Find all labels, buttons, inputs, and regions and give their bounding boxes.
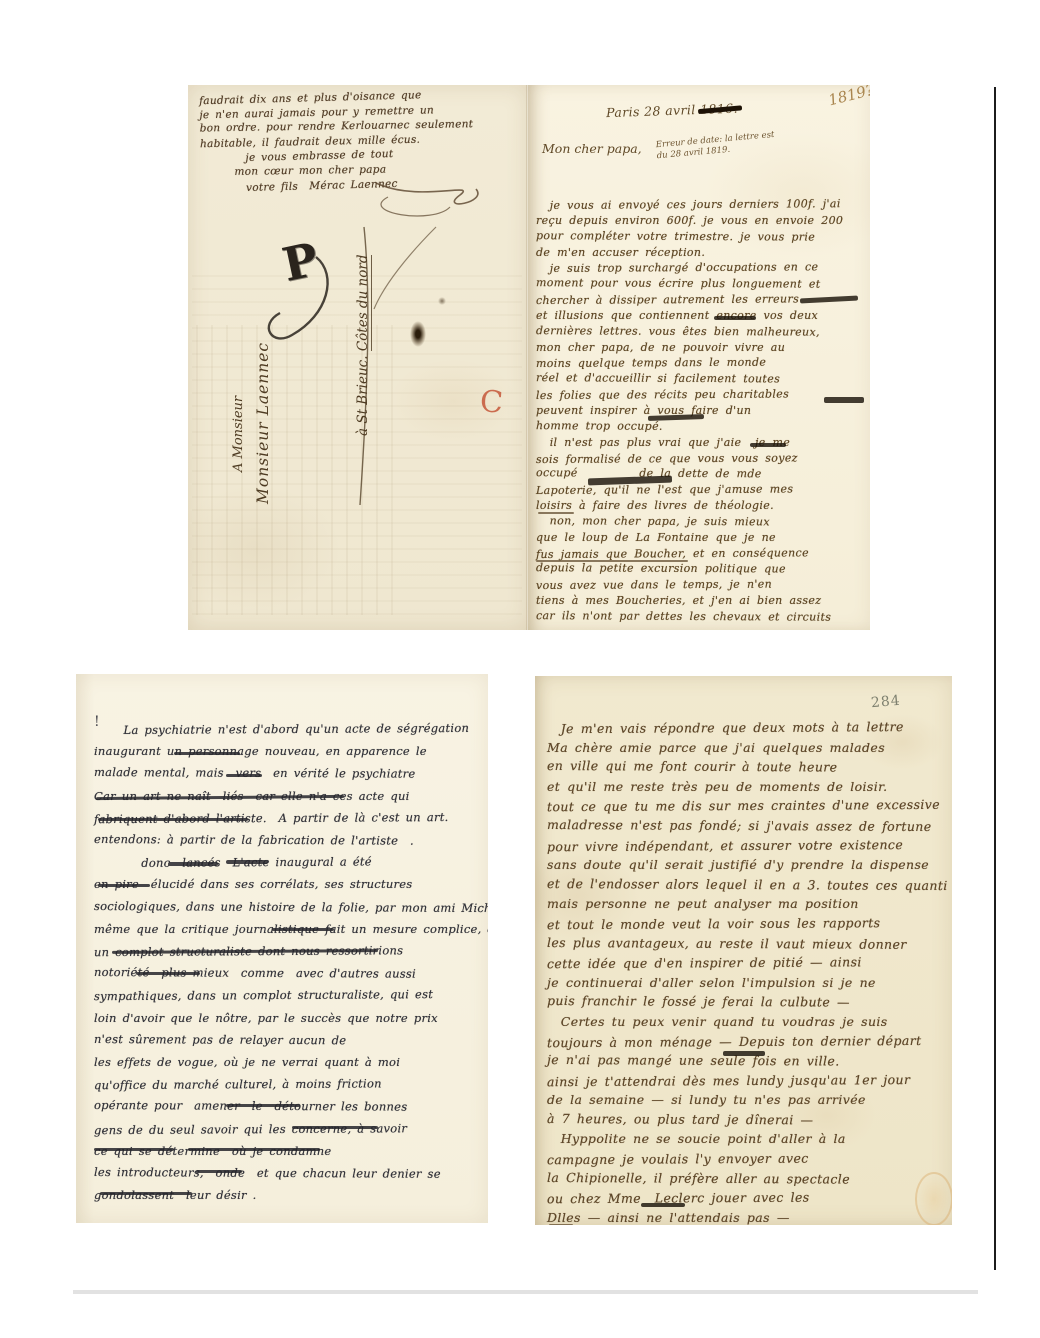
handwritten-line: toujours à mon ménage — Depuis ton derni… [547,1030,945,1052]
handwritten-line: et tout le monde veut la voir sous les r… [547,913,945,935]
dateline: Paris 28 avril 1816. [606,97,846,120]
handwritten-line: gens de du seul savoir qui les concerne,… [94,1116,478,1141]
handwritten-line: car ils n'ont par dettes les chevaux et … [536,608,868,626]
handwritten-line: les effets de vogue, où je ne verrai qua… [94,1051,478,1073]
underline-mark [536,560,688,562]
strikethrough [196,1170,242,1173]
handwritten-line: sympathiques, dans un complot structural… [94,983,478,1008]
handwritten-line: Je m'en vais répondre que deux mots à ta… [547,717,945,739]
address-block: A Monsieur Monsieur Laennec à St Brieuc.… [228,220,374,532]
handwritten-line: Hyppolite ne se soucie point d'aller à l… [547,1129,945,1149]
handwritten-line: en pire élucidé dans ses corrélats, ses … [94,873,478,895]
handwritten-line: pour compléter votre trimestre. je vous … [536,228,868,246]
letter-284-page: 284 Je m'en vais répondre que deux mots … [535,676,952,1225]
date-correction-note: Erreur de date: la lettre est du 28 avri… [655,122,868,162]
embossed-seal [915,1172,952,1225]
struck-year: 1816. [700,101,738,117]
handwritten-line: mais personne ne peut analyser ma positi… [547,894,945,914]
handwritten-line: entendons: à partir de la fabrication de… [94,828,478,852]
ink-overwrite [723,1051,765,1056]
handwritten-line: cette idée que d'en inspirer de pitié — … [547,952,945,974]
ink-strikethrough [750,443,786,447]
handwritten-line: vous avez vue dans le temps, je n'en [536,576,868,594]
handwritten-line: je continuerai d'aller selon l'impulsion… [547,973,945,993]
letter-body: Je m'en vais répondre que deux mots à ta… [547,718,945,1225]
handwritten-line: et illusions que contiennent encore vos … [536,308,868,324]
strikethrough [98,818,248,821]
letter-1819-verso-page: faudrait dix ans et plus d'oisance queje… [188,85,528,630]
address-department: Côtes du nord [355,255,372,352]
handwritten-line: gondolassent leur désir . [94,1184,478,1206]
handwritten-line: inaugurant un personnage nouveau, en app… [94,740,478,762]
handwritten-line: Lapoterie, qu'il ne l'est que j'amuse me… [536,481,868,499]
handwritten-line: reçu depuis environ 600f. je vous en env… [536,213,868,229]
salutation: Mon cher papa, [542,141,642,156]
handwritten-line: loin d'avoir que le nôtre, par le succès… [94,1007,478,1029]
ink-blot [410,321,426,347]
handwritten-line: loisirs à faire des livres de théologie. [536,498,868,514]
handwritten-line: Dlles — ainsi ne l'attendais pas — [547,1208,945,1225]
letter-1819-spread: faudrait dix ans et plus d'oisance queje… [188,85,870,630]
address-line: Monsieur Laennec [250,220,276,504]
handwritten-line: dernières lettres. vous êtes bien malheu… [536,323,868,341]
dateline-place-date: Paris 28 avril [606,102,700,120]
handwritten-line: homme trop occupé. [536,418,868,436]
handwritten-line: qu'office du marché culturel, à moins fr… [94,1072,478,1097]
handwritten-line: pour vivre indépendant, et assurer votre… [547,834,945,856]
strikethrough [94,1148,174,1151]
handwritten-line: mon cher papa, de ne pouvoir vivre au [536,340,868,356]
manuscript-scan-sheet: faudrait dix ans et plus d'oisance queje… [0,0,1040,1338]
strikethrough [174,752,240,755]
handwritten-line: tiens à mes Boucheries, et j'en ai bien … [536,593,868,609]
strikethrough [272,928,334,931]
foucault-draft-page: ! La psychiatrie n'est d'abord qu'un act… [76,674,488,1223]
folio-number: 284 [870,693,901,712]
handwritten-line: La psychiatrie n'est d'abord qu'un acte … [94,717,478,742]
address-line: A Monsieur [228,220,250,472]
ink-strikethrough [641,1203,685,1207]
address-place: à St Brieuc. [355,355,371,436]
handwritten-line: non, mon cher papa, je suis mieux [536,513,868,531]
strikethrough [100,1192,192,1195]
handwritten-line: tout ce que tu me dis sur mes craintes d… [547,795,945,817]
ink-strikethrough [824,397,864,403]
underline-mark [538,512,574,514]
handwritten-line: donc lancés L'acte inaugural a été [94,850,478,875]
handwritten-line: que le loup de La Fontaine que je ne [536,530,868,546]
handwritten-line: la Chipionelle, il préfère aller au spec… [547,1168,945,1190]
draft-body: La psychiatrie n'est d'abord qu'un acte … [94,718,478,1206]
handwritten-line: de m'en accuser réception. [536,245,868,261]
strikethrough [226,860,268,864]
handwritten-line: ainsi je t'attendrai dès mes lundy jusqu… [547,1069,945,1091]
strikethrough [188,1148,320,1151]
handwritten-line: ou chez Mme Leclerc jouer avec les [547,1187,945,1209]
handwritten-line: les introducteurs, onde et que chacun le… [94,1161,478,1185]
right-frame-line [994,87,996,1270]
strikethrough [136,972,200,975]
handwritten-line: n'est sûrement pas de relayer aucun de [94,1028,478,1052]
handwritten-line: Certes tu peux venir quand tu voudras je… [547,1012,945,1032]
handwritten-line: et qu'il me reste très peu de moments de… [547,777,945,797]
handwritten-line: je vous ai envoyé ces jours derniers 100… [536,196,868,214]
ink-strikethrough [714,316,756,320]
handwritten-line: il n'est pas plus vrai que j'aie je me [536,435,868,451]
strikethrough [292,1126,378,1129]
handwritten-line: à 7 heures, ou plus tard je dînerai — [547,1109,945,1131]
bottom-divider-bar [73,1290,978,1294]
handwritten-line: maladresse n'est pas fondé; si j'avais a… [547,815,945,837]
handwritten-line: campagne je voulais l'y envoyer avec [547,1148,945,1170]
handwritten-line: moment pour vous écrire plus longuement … [536,275,868,293]
letter-1819-recto-page: Paris 28 avril 1816. 1819? Mon cher papa… [528,85,870,630]
handwritten-line: sans doute qu'il serait justifié d'y pre… [547,855,945,875]
handwritten-line: et de l'endosser alors lequel il en a 3.… [547,874,945,896]
handwritten-line: les plus avantageux, au reste il vaut mi… [547,932,945,954]
handwritten-line: en ville qui me font courir à toute heur… [547,756,945,778]
strikethrough [98,884,150,887]
strikethrough [168,862,218,866]
address-line: à St Brieuc. Côtes du nord [352,220,374,436]
handwritten-line: les folies que des récits peu charitable… [536,386,868,404]
strikethrough [226,774,262,777]
foxing-spot [438,297,446,305]
handwritten-line: Ma chère amie parce que j'ai quelques ma… [547,738,945,758]
red-censor-stamp: C [479,384,504,421]
handwritten-line: puis franchir le fossé je ferai la culbu… [547,991,945,1013]
handwritten-line: sociologiques, dans une histoire de la f… [94,895,478,919]
pencil-year-annotation: 1819? [827,85,870,109]
strikethrough [226,1104,300,1107]
handwritten-line: de la semaine — si lundy tu n'es pas arr… [547,1090,945,1110]
handwritten-line: malade mental, mais vers en vérité le ps… [94,761,478,785]
underline-mark [549,1224,573,1225]
